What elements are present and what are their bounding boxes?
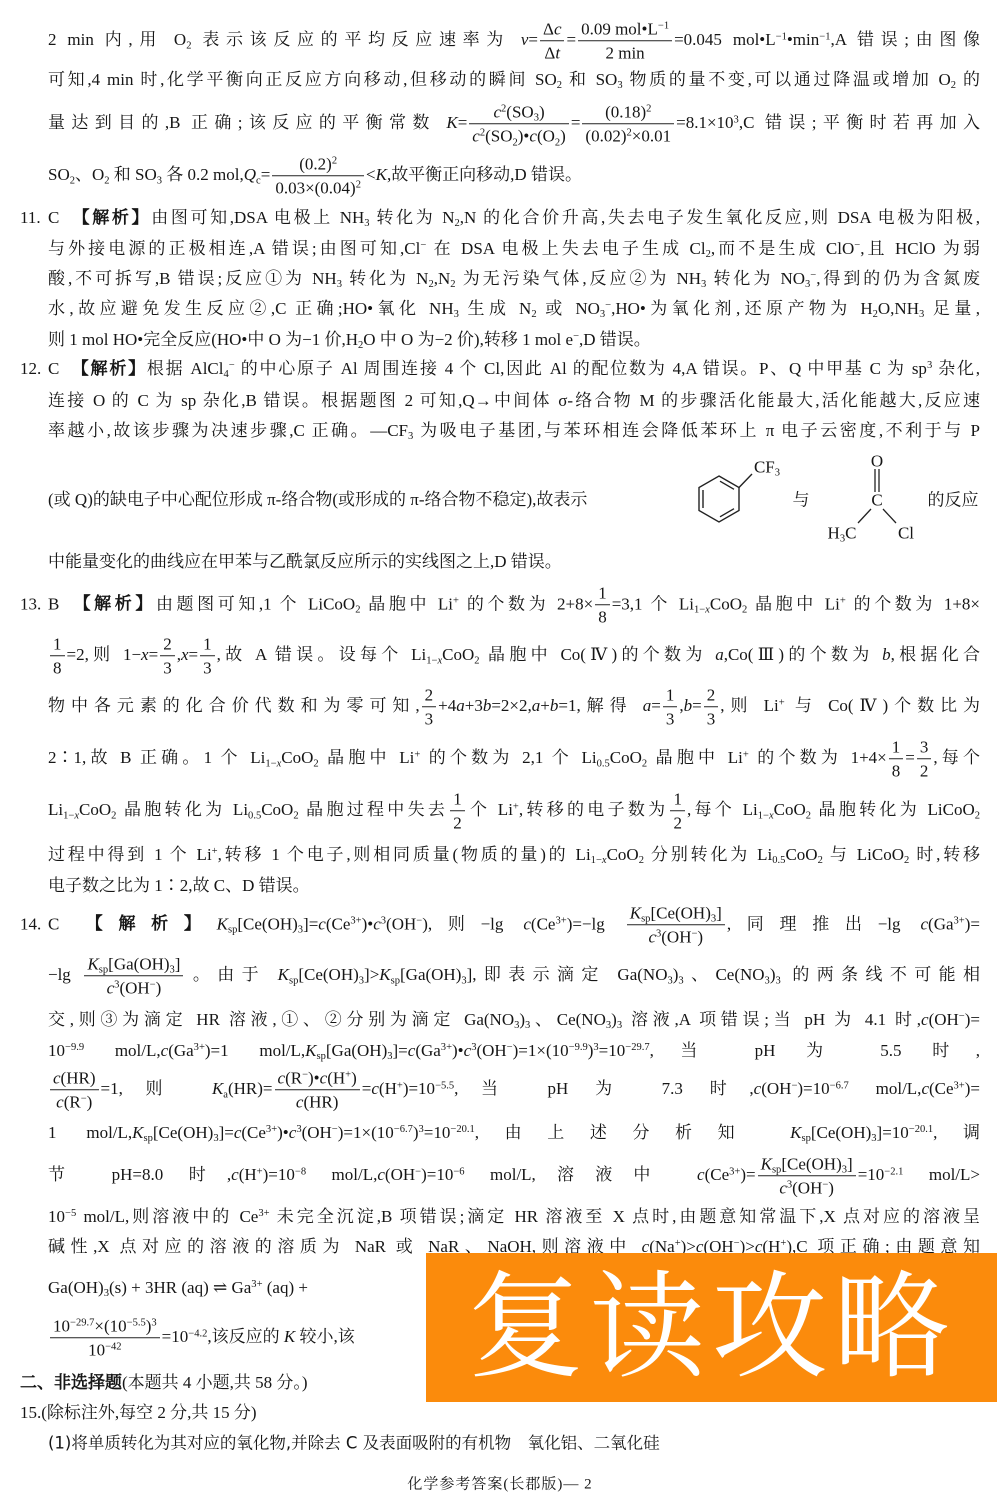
text-line: 节 pH=8.0 时,c(H+)=10−8 mol/L,c(OH−)=10−6 … [48,1153,980,1199]
analysis-label: 【解析】 [70,359,147,378]
analysis-text: 由题图可知,1 个 LiCoO2 晶胞中 Li+ 的个数为 2+8×18=3,1… [156,594,980,613]
trailing-text: 的反应 [928,492,979,509]
text-line: 率越小,故该步骤为决速步骤,C 正确。—CF3 为吸电子基团,与苯环相连会降低苯… [48,420,980,442]
watermark-text: 复读攻略 [468,1270,956,1386]
text-line: 可知,4 min 时,化学平衡向正反应方向移动,但移动的瞬间 SO2 和 SO3… [48,69,980,91]
section-title: 二、非选择题 [20,1373,122,1392]
text-line: 电子数之比为 1∶2,故 C、D 错误。 [48,875,980,897]
analysis-label: 【解析】 [70,594,156,613]
question-14-first-line: 14.C【解析】Ksp[Ce(OH)3]=c(Ce3+)•c3(OH−),则−l… [20,902,980,948]
question-number: 12. [20,358,48,380]
text-line: 18=2,则 1−x=23,x=13,故 A 错误。设每个 Li1−xCoO2 … [48,633,980,679]
text-line: 酸,不可拆写,B 错误;反应①为 NH3 转化为 N2,N2 为无污染气体,反应… [48,268,980,290]
analysis-text: 根据 AlCl4− 的中心原子 Al 周围连接 4 个 Cl,因此 Al 的配位… [147,359,980,378]
question-12-first-line: 12.C【解析】根据 AlCl4− 的中心原子 Al 周围连接 4 个 Cl,因… [20,358,980,380]
text-line: 与外接电源的正极相连,A 错误;由图可知,Cl− 在 DSA 电极上失去电子生成… [48,238,980,260]
text-line: c(HR)c(R−)=1,则 Ka(HR)=c(R−)•c(H+)c(HR)=c… [48,1067,980,1113]
question-11-first-line: 11.C【解析】由图可知,DSA 电极上 NH3 转化为 N2,N 的化合价升高… [20,207,980,229]
text-line: 10−29.7×(10−5.5)310−42=10−4.2,该反应的 K 较小,… [48,1315,355,1361]
question-15-header: 15.(除标注外,每空 2 分,共 15 分) [20,1402,257,1424]
text-line: (或 Q)的缺电子中心配位形成 π-络合物(或形成的 π-络合物不稳定),故表示 [48,489,587,511]
analysis-label: 【解析】 [70,914,217,933]
watermark-banner: 复读攻略 [426,1253,997,1402]
text-line: 1 mol/L,Ksp[Ce(OH)3]=c(Ce3+)•c3(OH−)=1×(… [48,1122,980,1144]
question-number: 13. [20,593,48,615]
text-line: 过程中得到 1 个 Li+,转移 1 个电子,则相同质量(物质的量)的 Li1−… [48,844,980,866]
text-line: 则 1 mol HO•完全反应(HO•中 O 为−1 价,H2O 中 O 为−2… [48,329,980,351]
text-line: 交,则③为滴定 HR 溶液,①、②分别为滴定 Ga(NO3)3、Ce(NO3)3… [48,1009,980,1031]
analysis-text: 由图可知,DSA 电极上 NH3 转化为 N2,N 的化合价升高,失去电子发生氧… [151,208,980,227]
text-line: 10−9.9 mol/L,c(Ga3+)=1 mol/L,Ksp[Ga(OH)3… [48,1040,980,1062]
analysis-label: 【解析】 [70,208,151,227]
equilibrium-equation: Ga(OH)3(s) + 3HR (aq) ⇌ Ga3+ (aq) + [48,1277,308,1299]
section-note: (本题共 4 小题,共 58 分。) [122,1373,308,1392]
section-heading: 二、非选择题(本题共 4 小题,共 58 分。) [20,1372,308,1394]
chlorine-label: Cl [898,525,914,542]
page-footer: 化学参考答案(长郡版)— 2 [0,1473,1000,1494]
question-15-part-1: (1)将单质转化为其对应的氧化物,并除去 C 及表面吸附的有机物 氧化铝、二氧化… [48,1432,660,1453]
text-line: 10−5 mol/L,则溶液中的 Ce3+ 未完全沉淀,B 项错误;滴定 HR … [48,1206,980,1228]
answer-letter: B [48,593,70,615]
text-line: 2 min 内,用 O2 表示该反应的平均反应速率为 v=ΔcΔt=0.09 m… [48,18,980,64]
text-line: 物中各元素的化合价代数和为零可知,23+4a+3b=2×2,a+b=1,解得 a… [48,684,980,730]
text-line: 水,故应避免发生反应②,C 正确;HO•氧化 NH3 生成 N2 或 NO3−,… [48,298,980,320]
oxygen-label: O [871,453,883,470]
conjunction-text: 与 [793,492,810,509]
text-line: −lg Ksp[Ga(OH)3]c3(OH−)。由于 Ksp[Ce(OH)3]>… [48,953,980,999]
answer-letter: C [48,913,70,935]
cf3-group-label: CF3 [754,459,780,476]
text-line: 中能量变化的曲线应在甲苯与乙酰氯反应所示的实线图之上,D 错误。 [48,551,980,573]
question-number: 14. [20,913,48,935]
methyl-label: H3C [828,525,857,542]
benzene-ring-icon [699,474,752,522]
analysis-text: Ksp[Ce(OH)3]=c(Ce3+)•c3(OH−),则−lg c(Ce3+… [217,914,980,933]
text-line: SO2、O2 和 SO3 各 0.2 mol,Qc=(0.2)20.03×(0.… [48,153,980,199]
question-number: 11. [20,207,48,229]
question-13-first-line: 13.B【解析】由题图可知,1 个 LiCoO2 晶胞中 Li+ 的个数为 2+… [20,582,980,628]
text-line: 量达到目的,B 正确;该反应的平衡常数 K=c2(SO3)c2(SO2)•c(O… [48,101,980,147]
carbon-label: C [871,492,882,509]
text-line: 连接 O 的 C 为 sp 杂化,B 错误。根据题图 2 可知,Q→中间体 σ-… [48,390,980,412]
text-line: Li1−xCoO2 晶胞转化为 Li0.5CoO2 晶胞过程中失去12个 Li+… [48,788,980,834]
answer-letter: C [48,207,70,229]
text-line: 2∶1,故 B 正确。1 个 Li1−xCoO2 晶胞中 Li+ 的个数为 2,… [48,736,980,782]
answer-letter: C [48,358,70,380]
